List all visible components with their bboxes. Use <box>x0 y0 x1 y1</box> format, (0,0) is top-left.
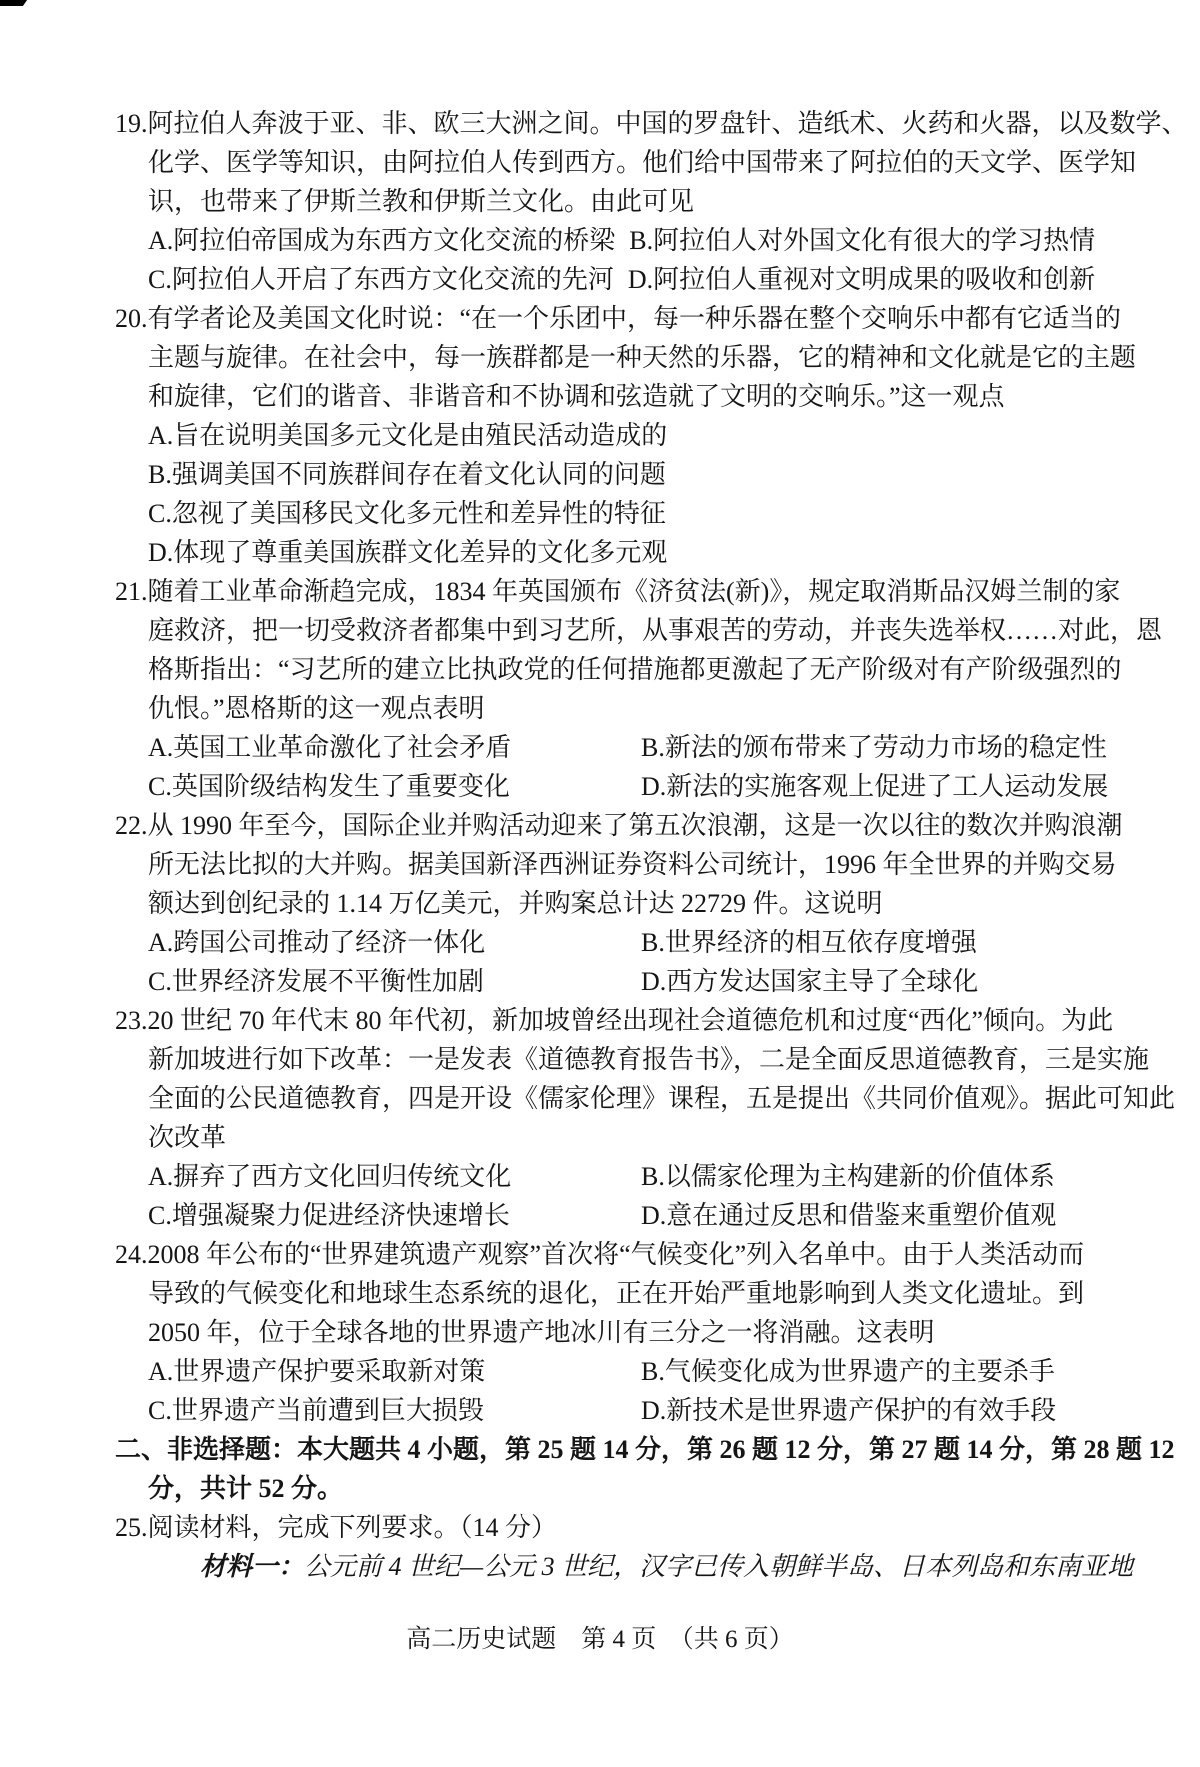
question-22: 22.从 1990 年至今，国际企业并购活动迎来了第五次浪潮，这是一次以往的数次… <box>115 806 1127 1001</box>
stem-line: 化学、医学等知识，由阿拉伯人传到西方。他们给中国带来了阿拉伯的天文学、医学知 <box>115 143 1127 182</box>
question-20: 20.有学者论及美国文化时说：“在一个乐团中，每一种乐器在整个交响乐中都有它适当… <box>115 299 1127 572</box>
material-1-label: 材料一： <box>200 1552 304 1581</box>
stem-line: 全面的公民道德教育，四是开设《儒家伦理》课程，五是提出《共同价值观》。据此可知此 <box>115 1079 1127 1118</box>
option-row: A.英国工业革命激化了社会矛盾 B.新法的颁布带来了劳动力市场的稳定性 <box>115 728 1127 767</box>
option-a: A.旨在说明美国多元文化是由殖民活动造成的 <box>115 416 1127 455</box>
option-a: A.跨国公司推动了经济一体化 <box>148 923 641 962</box>
exam-page: 19.阿拉伯人奔波于亚、非、欧三大洲之间。中国的罗盘针、造纸术、火药和火器，以及… <box>0 0 1200 1767</box>
option-b: B.气候变化成为世界遗产的主要杀手 <box>641 1352 1055 1391</box>
option-b: B.新法的颁布带来了劳动力市场的稳定性 <box>641 728 1107 767</box>
option-a: A.摒弃了西方文化回归传统文化 <box>148 1157 641 1196</box>
stem-line: 20.有学者论及美国文化时说：“在一个乐团中，每一种乐器在整个交响乐中都有它适当… <box>115 299 1127 338</box>
option-row: C.阿拉伯人开启了东西方文化交流的先河 D.阿拉伯人重视对文明成果的吸收和创新 <box>115 260 1127 299</box>
option-c: C.英国阶级结构发生了重要变化 <box>148 767 641 806</box>
stem-line: 和旋律，它们的谐音、非谐音和不协调和弦造就了文明的交响乐。”这一观点 <box>115 377 1127 416</box>
option-d: D.西方发达国家主导了全球化 <box>641 962 978 1001</box>
material-1-text: 公元前 4 世纪—公元 3 世纪，汉字已传入朝鲜半岛、日本列岛和东南亚地 <box>304 1552 1133 1581</box>
option-b: B.以儒家伦理为主构建新的价值体系 <box>641 1157 1055 1196</box>
option-row: C.世界经济发展不平衡性加剧 D.西方发达国家主导了全球化 <box>115 962 1127 1001</box>
option-row: C.英国阶级结构发生了重要变化 D.新法的实施客观上促进了工人运动发展 <box>115 767 1127 806</box>
question-24: 24.2008 年公布的“世界建筑遗产观察”首次将“气候变化”列入名单中。由于人… <box>115 1235 1127 1430</box>
stem-line: 次改革 <box>115 1118 1127 1157</box>
stem-line: 24.2008 年公布的“世界建筑遗产观察”首次将“气候变化”列入名单中。由于人… <box>115 1235 1127 1274</box>
stem-line: 庭救济，把一切受救济者都集中到习艺所，从事艰苦的劳动，并丧失选举权……对此，恩 <box>115 611 1127 650</box>
question-23: 23.20 世纪 70 年代末 80 年代初，新加坡曾经出现社会道德危机和过度“… <box>115 1001 1127 1235</box>
question-25: 25.阅读材料，完成下列要求。（14 分） 材料一：公元前 4 世纪—公元 3 … <box>115 1508 1127 1586</box>
stem-line: 2050 年，位于全球各地的世界遗产地冰川有三分之一将消融。这表明 <box>115 1313 1127 1352</box>
option-c: C.忽视了美国移民文化多元性和差异性的特征 <box>115 494 1127 533</box>
option-row: A.跨国公司推动了经济一体化 B.世界经济的相互依存度增强 <box>115 923 1127 962</box>
option-b: B.强调美国不同族群间存在着文化认同的问题 <box>115 455 1127 494</box>
option-row: A.阿拉伯帝国成为东西方文化交流的桥梁 B.阿拉伯人对外国文化有很大的学习热情 <box>115 221 1127 260</box>
stem-line: 所无法比拟的大并购。据美国新泽西洲证券资料公司统计，1996 年全世界的并购交易 <box>115 845 1127 884</box>
stem-line: 22.从 1990 年至今，国际企业并购活动迎来了第五次浪潮，这是一次以往的数次… <box>115 806 1127 845</box>
stem-line: 识，也带来了伊斯兰教和伊斯兰文化。由此可见 <box>115 182 1127 221</box>
option-c: C.阿拉伯人开启了东西方文化交流的先河 <box>148 260 614 299</box>
stem-line: 新加坡进行如下改革：一是发表《道德教育报告书》，二是全面反思道德教育，三是实施 <box>115 1040 1127 1079</box>
stem-line: 21.随着工业革命渐趋完成，1834 年英国颁布《济贫法(新)》，规定取消斯品汉… <box>115 572 1127 611</box>
option-b: B.世界经济的相互依存度增强 <box>641 923 977 962</box>
option-row: A.世界遗产保护要采取新对策 B.气候变化成为世界遗产的主要杀手 <box>115 1352 1127 1391</box>
option-d: D.阿拉伯人重视对文明成果的吸收和创新 <box>628 260 1095 299</box>
option-c: C.增强凝聚力促进经济快速增长 <box>148 1196 641 1235</box>
question-21: 21.随着工业革命渐趋完成，1834 年英国颁布《济贫法(新)》，规定取消斯品汉… <box>115 572 1127 806</box>
option-d: D.新技术是世界遗产保护的有效手段 <box>641 1391 1056 1430</box>
option-a: A.英国工业革命激化了社会矛盾 <box>148 728 641 767</box>
page-footer: 高二历史试题 第 4 页 （共 6 页） <box>0 1620 1200 1659</box>
option-a: A.阿拉伯帝国成为东西方文化交流的桥梁 <box>148 221 615 260</box>
stem-line: 额达到创纪录的 1.14 万亿美元，并购案总计达 22729 件。这说明 <box>115 884 1127 923</box>
section-2-header: 二、非选择题：本大题共 4 小题，第 25 题 14 分，第 26 题 12 分… <box>115 1430 1127 1508</box>
option-row: C.增强凝聚力促进经济快速增长 D.意在通过反思和借鉴来重塑价值观 <box>115 1196 1127 1235</box>
stem-line: 导致的气候变化和地球生态系统的退化，正在开始严重地影响到人类文化遗址。到 <box>115 1274 1127 1313</box>
option-c: C.世界遗产当前遭到巨大损毁 <box>148 1391 641 1430</box>
option-d: D.意在通过反思和借鉴来重塑价值观 <box>641 1196 1056 1235</box>
stem-line: 格斯指出：“习艺所的建立比执政党的任何措施都更激起了无产阶级对有产阶级强烈的 <box>115 650 1127 689</box>
stem-line: 主题与旋律。在社会中，每一族群都是一种天然的乐器，它的精神和文化就是它的主题 <box>115 338 1127 377</box>
option-row: A.摒弃了西方文化回归传统文化 B.以儒家伦理为主构建新的价值体系 <box>115 1157 1127 1196</box>
section-header-line: 二、非选择题：本大题共 4 小题，第 25 题 14 分，第 26 题 12 分… <box>115 1430 1127 1469</box>
scan-artifact <box>0 0 27 6</box>
stem-line: 19.阿拉伯人奔波于亚、非、欧三大洲之间。中国的罗盘针、造纸术、火药和火器，以及… <box>115 104 1127 143</box>
section-header-line: 分，共计 52 分。 <box>115 1469 1127 1508</box>
option-b: B.阿拉伯人对外国文化有很大的学习热情 <box>629 221 1095 260</box>
stem-line: 仇恨。”恩格斯的这一观点表明 <box>115 689 1127 728</box>
option-a: A.世界遗产保护要采取新对策 <box>148 1352 641 1391</box>
stem-line: 23.20 世纪 70 年代末 80 年代初，新加坡曾经出现社会道德危机和过度“… <box>115 1001 1127 1040</box>
stem-line: 25.阅读材料，完成下列要求。（14 分） <box>115 1508 1127 1547</box>
questions-area: 19.阿拉伯人奔波于亚、非、欧三大洲之间。中国的罗盘针、造纸术、火药和火器，以及… <box>115 104 1127 1586</box>
option-d: D.体现了尊重美国族群文化差异的文化多元观 <box>115 533 1127 572</box>
option-row: C.世界遗产当前遭到巨大损毁 D.新技术是世界遗产保护的有效手段 <box>115 1391 1127 1430</box>
option-d: D.新法的实施客观上促进了工人运动发展 <box>641 767 1108 806</box>
question-19: 19.阿拉伯人奔波于亚、非、欧三大洲之间。中国的罗盘针、造纸术、火药和火器，以及… <box>115 104 1127 299</box>
option-c: C.世界经济发展不平衡性加剧 <box>148 962 641 1001</box>
material-1-line: 材料一：公元前 4 世纪—公元 3 世纪，汉字已传入朝鲜半岛、日本列岛和东南亚地 <box>115 1547 1127 1586</box>
